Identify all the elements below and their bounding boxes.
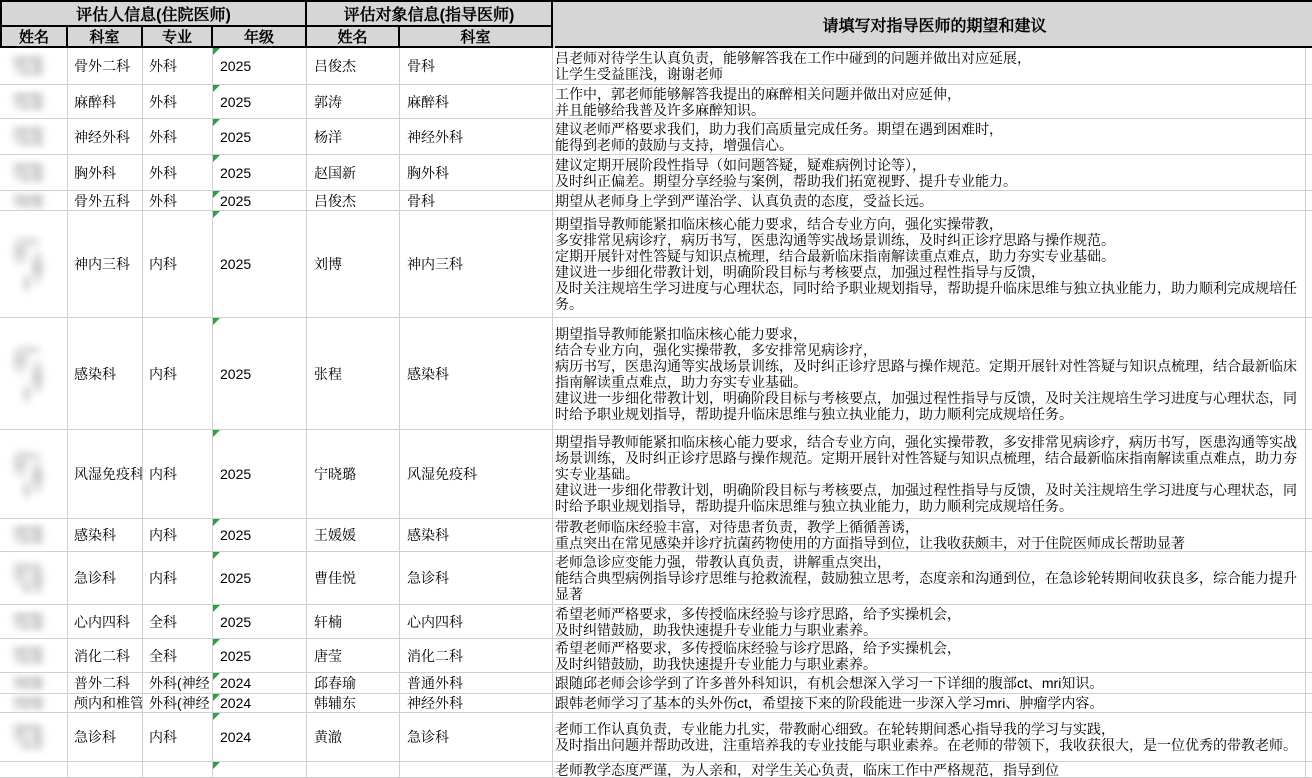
mentor-name-text: 吕俊杰	[314, 58, 356, 74]
cell-grade[interactable]: 2025	[213, 155, 307, 191]
error-indicator-icon	[213, 639, 220, 646]
cell-grade[interactable]: 2025	[213, 639, 307, 673]
error-indicator-icon	[213, 605, 220, 612]
cell-comment[interactable]: 吕老师对待学生认真负责，能够解答我在工作中碰到的问题并做出对应延展， 让学生受益…	[553, 48, 1312, 85]
cell-resident-dept[interactable]: 心内四科	[68, 605, 143, 639]
cell-specialty[interactable]: 内科	[143, 318, 213, 430]
cell-specialty[interactable]: 内科	[143, 430, 213, 519]
cell-resident-name[interactable]	[0, 605, 68, 639]
cell-mentor-name[interactable]: 宁晓璐	[307, 430, 400, 519]
mentor-dept-text: 急诊科	[407, 729, 449, 745]
cell-resident-name[interactable]	[0, 155, 68, 191]
comment-text: 带教老师临床经验丰富，对待患者负责，教学上循循善诱， 重点突出在常见感染并诊疗抗…	[555, 519, 1310, 551]
redacted-name	[4, 646, 58, 666]
cell-mentor-name[interactable]: 郭涛	[307, 85, 400, 119]
comment-text: 希望老师严格要求，多传授临床经验与诊疗思路，给予实操机会， 及时纠错鼓励，助我快…	[555, 606, 1310, 638]
error-indicator-icon	[213, 191, 220, 198]
cell-resident-dept[interactable]: 普外二科	[68, 673, 143, 694]
header-mentor-name[interactable]: 姓名	[307, 27, 400, 48]
cell-resident-name[interactable]	[0, 762, 68, 778]
cell-comment[interactable]: 老师急诊应变能力强，带教认真负责，讲解重点突出， 能结合典型病例指导诊疗思维与抢…	[553, 552, 1312, 605]
specialty-text: 外科(神经	[149, 695, 210, 711]
redacted-name	[4, 92, 58, 112]
table-row: 神经外科 外科 2025 杨洋 神经外科 建议老师严格要求我们，助力我们高质量完…	[0, 119, 1312, 155]
grade-text: 2024	[220, 675, 251, 691]
error-indicator-icon	[213, 552, 220, 559]
mentor-name-text: 黄澈	[314, 729, 342, 745]
header-resident-dept[interactable]: 科室	[68, 27, 143, 48]
cell-mentor-dept[interactable]: 麻醉科	[400, 85, 553, 119]
cell-specialty[interactable]: 全科	[143, 639, 213, 673]
redacted-name	[4, 126, 58, 147]
cell-grade[interactable]: 2025	[213, 191, 307, 211]
error-indicator-icon	[213, 694, 220, 701]
comment-text: 期望指导教师能紧扣临床核心能力要求， 结合专业方向，强化实操带教，多安排常见病诊…	[555, 326, 1310, 422]
grade-text: 2025	[220, 648, 251, 664]
cell-mentor-name[interactable]: 邱春瑜	[307, 673, 400, 694]
cell-grade[interactable]: 2025	[213, 519, 307, 552]
grade-text: 2025	[220, 165, 251, 181]
cell-mentor-dept[interactable]: 急诊科	[400, 552, 553, 605]
cell-resident-dept[interactable]: 感染科	[68, 519, 143, 552]
table-body: 骨外二科 外科 2025 吕俊杰 骨科 吕老师对待学生认真负责，能够解答我在工作…	[0, 48, 1312, 778]
cell-mentor-dept[interactable]: 胸外科	[400, 155, 553, 191]
comment-text: 希望老师严格要求，多传授临床经验与诊疗思路，给予实操机会， 及时纠错鼓励，助我快…	[555, 640, 1310, 672]
cell-specialty[interactable]	[143, 762, 213, 778]
cell-resident-name[interactable]	[0, 119, 68, 155]
comment-text: 老师急诊应变能力强，带教认真负责，讲解重点突出， 能结合典型病例指导诊疗思维与抢…	[555, 554, 1310, 602]
cell-mentor-dept[interactable]: 神经外科	[400, 694, 553, 713]
cell-mentor-name[interactable]: 杨洋	[307, 119, 400, 155]
cell-resident-name[interactable]	[0, 694, 68, 713]
cell-mentor-dept[interactable]: 神经外科	[400, 119, 553, 155]
cell-grade[interactable]: 2025	[213, 605, 307, 639]
table-row: 风湿免疫科 内科 2025 宁晓璐 风湿免疫科 期望指导教师能紧扣临床核心能力要…	[0, 430, 1312, 519]
mentor-dept-text: 神内三科	[407, 256, 463, 272]
redacted-name	[4, 562, 58, 593]
cell-grade[interactable]: 2025	[213, 211, 307, 318]
cell-grade[interactable]: 2025	[213, 430, 307, 519]
cell-resident-dept[interactable]: 骨外二科	[68, 48, 143, 85]
cell-mentor-name[interactable]: 吕俊杰	[307, 48, 400, 85]
cell-resident-name[interactable]	[0, 430, 68, 519]
mentor-name-text: 吕俊杰	[314, 193, 356, 209]
cell-specialty[interactable]: 全科	[143, 605, 213, 639]
cell-mentor-name[interactable]: 曹佳悦	[307, 552, 400, 605]
cell-grade[interactable]: 2025	[213, 85, 307, 119]
cell-mentor-name[interactable]: 黄澈	[307, 713, 400, 762]
mentor-dept-text: 骨科	[407, 193, 435, 209]
cell-resident-name[interactable]	[0, 673, 68, 694]
cell-resident-name[interactable]	[0, 552, 68, 605]
error-indicator-icon	[213, 519, 220, 526]
table-row: 麻醉科 外科 2025 郭涛 麻醉科 工作中，郭老师能够解答我提出的麻醉相关问题…	[0, 85, 1312, 119]
redacted-name	[4, 676, 58, 690]
cell-resident-dept[interactable]: 感染科	[68, 318, 143, 430]
mentor-name-text: 轩楠	[314, 614, 342, 630]
cell-resident-dept[interactable]: 风湿免疫科	[68, 430, 143, 519]
mentor-name-text: 王媛媛	[314, 527, 356, 543]
header-comment[interactable]: 请填写对指导医师的期望和建议	[555, 2, 1312, 48]
mentor-dept-text: 普通外科	[407, 675, 463, 691]
resident-dept-text: 麻醉科	[74, 94, 116, 110]
cell-comment[interactable]: 跟随邱老师会诊学到了许多普外科知识，有机会想深入学习一下详细的腹部ct、mri知…	[553, 673, 1312, 694]
specialty-text: 内科	[149, 729, 177, 745]
redacted-name	[4, 612, 58, 632]
grade-text: 2025	[220, 193, 251, 209]
redacted-name	[4, 55, 58, 77]
mentor-name-text: 宁晓璐	[314, 466, 356, 482]
comment-text: 吕老师对待学生认真负责，能够解答我在工作中碰到的问题并做出对应延展， 让学生受益…	[555, 50, 1310, 82]
cell-mentor-name[interactable]: 唐莹	[307, 639, 400, 673]
table-row: 急诊科 内科 2025 曹佳悦 急诊科 老师急诊应变能力强，带教认真负责，讲解重…	[0, 552, 1312, 605]
comment-text: 跟随邱老师会诊学到了许多普外科知识，有机会想深入学习一下详细的腹部ct、mri知…	[555, 675, 1310, 691]
specialty-text: 内科	[149, 466, 177, 482]
cell-specialty[interactable]: 内科	[143, 713, 213, 762]
cell-mentor-name[interactable]: 张程	[307, 318, 400, 430]
mentor-dept-text: 消化二科	[407, 648, 463, 664]
mentor-name-text: 曹佳悦	[314, 570, 356, 586]
cell-mentor-name[interactable]: 轩楠	[307, 605, 400, 639]
mentor-dept-text: 神经外科	[407, 695, 463, 711]
mentor-name-text: 赵国新	[314, 165, 356, 181]
resident-dept-text: 骨外二科	[74, 58, 130, 74]
resident-dept-text: 急诊科	[74, 729, 116, 745]
table-row: 颅内和椎管 外科(神经 2024 韩辅东 神经外科 跟韩老师学习了基本的头外伤c…	[0, 694, 1312, 713]
resident-dept-text: 颅内和椎管	[74, 695, 143, 711]
comment-text: 老师工作认真负责，专业能力扎实，带教耐心细致。在轮转期间悉心指导我的学习与实践，…	[555, 721, 1310, 753]
specialty-text: 内科	[149, 366, 177, 382]
cell-grade[interactable]: 2024	[213, 694, 307, 713]
cell-mentor-dept[interactable]: 急诊科	[400, 713, 553, 762]
table-row: 急诊科 内科 2024 黄澈 急诊科 老师工作认真负责，专业能力扎实，带教耐心细…	[0, 713, 1312, 762]
cell-comment[interactable]: 带教老师临床经验丰富，对待患者负责，教学上循循善诱， 重点突出在常见感染并诊疗抗…	[553, 519, 1312, 552]
cell-resident-dept[interactable]	[68, 762, 143, 778]
cell-grade[interactable]: 2025	[213, 48, 307, 85]
grade-text: 2025	[220, 527, 251, 543]
mentor-name-text: 刘博	[314, 256, 342, 272]
cell-grade[interactable]	[213, 762, 307, 778]
specialty-text: 内科	[149, 256, 177, 272]
cell-resident-dept[interactable]: 急诊科	[68, 552, 143, 605]
mentor-name-text: 郭涛	[314, 94, 342, 110]
table-row: 胸外科 外科 2025 赵国新 胸外科 建议定期开展阶段性指导（如问题答疑，疑难…	[0, 155, 1312, 191]
cell-comment[interactable]: 建议定期开展阶段性指导（如问题答疑，疑难病例讨论等）， 及时纠正偏差。期望分享经…	[553, 155, 1312, 191]
cell-resident-dept[interactable]: 神经外科	[68, 119, 143, 155]
specialty-text: 外科	[149, 129, 177, 145]
resident-dept-text: 骨外五科	[74, 193, 130, 209]
redacted-name	[4, 340, 58, 407]
mentor-dept-text: 心内四科	[407, 614, 463, 630]
resident-dept-text: 风湿免疫科	[74, 466, 143, 482]
resident-dept-text: 急诊科	[74, 570, 116, 586]
cell-resident-dept[interactable]: 骨外五科	[68, 191, 143, 211]
specialty-text: 外科	[149, 165, 177, 181]
cell-comment[interactable]: 期望指导教师能紧扣临床核心能力要求， 结合专业方向，强化实操带教，多安排常见病诊…	[553, 318, 1312, 430]
cell-comment[interactable]: 老师工作认真负责，专业能力扎实，带教耐心细致。在轮转期间悉心指导我的学习与实践，…	[553, 713, 1312, 762]
comment-text: 期望指导教师能紧扣临床核心能力要求，结合专业方向，强化实操带教， 多安排常见病诊…	[555, 216, 1310, 312]
grade-text: 2025	[220, 58, 251, 74]
redacted-name	[4, 162, 58, 183]
error-indicator-icon	[213, 48, 220, 55]
error-indicator-icon	[213, 762, 220, 769]
specialty-text: 外科	[149, 58, 177, 74]
cell-resident-name[interactable]	[0, 211, 68, 318]
mentor-dept-text: 感染科	[407, 527, 449, 543]
redacted-name	[4, 696, 58, 710]
cell-mentor-name[interactable]: 吕俊杰	[307, 191, 400, 211]
cell-grade[interactable]: 2024	[213, 713, 307, 762]
comment-text: 期望从老师身上学到严谨治学、认真负责的态度，受益长远。	[555, 193, 1310, 209]
cell-specialty[interactable]: 外科	[143, 191, 213, 211]
table-row: 神内三科 内科 2025 刘博 神内三科 期望指导教师能紧扣临床核心能力要求，结…	[0, 211, 1312, 318]
table-row: 普外二科 外科(神经 2024 邱春瑜 普通外科 跟随邱老师会诊学到了许多普外科…	[0, 673, 1312, 694]
mentor-dept-text: 骨科	[407, 58, 435, 74]
specialty-text: 外科(神经	[149, 675, 210, 691]
mentor-dept-text: 感染科	[407, 366, 449, 382]
comment-text: 老师教学态度严谨，为人亲和，对学生关心负责，临床工作中严格规范，指导到位	[555, 762, 1310, 778]
header-mentor-dept[interactable]: 科室	[400, 27, 553, 48]
header-group-target[interactable]: 评估对象信息(指导医师)	[307, 2, 553, 27]
grade-text: 2025	[220, 614, 251, 630]
cell-resident-dept[interactable]: 神内三科	[68, 211, 143, 318]
mentor-name-text: 唐莹	[314, 648, 342, 664]
cell-comment[interactable]: 跟韩老师学习了基本的头外伤ct，希望接下来的阶段能进一步深入学习mri、肿瘤学内…	[553, 694, 1312, 713]
cell-resident-dept[interactable]: 颅内和椎管	[68, 694, 143, 713]
cell-specialty[interactable]: 内科	[143, 552, 213, 605]
cell-resident-name[interactable]	[0, 639, 68, 673]
cell-comment[interactable]: 期望指导教师能紧扣临床核心能力要求，结合专业方向，强化实操带教， 多安排常见病诊…	[553, 211, 1312, 318]
mentor-name-text: 邱春瑜	[314, 675, 356, 691]
comment-text: 建议老师严格要求我们，助力我们高质量完成任务。期望在遇到困难时， 能得到老师的鼓…	[555, 121, 1310, 153]
mentor-name-text: 张程	[314, 366, 342, 382]
grid-vertical-line	[1305, 48, 1306, 778]
mentor-name-text: 韩辅东	[314, 695, 356, 711]
redacted-name	[4, 448, 58, 501]
cell-specialty[interactable]: 外科	[143, 48, 213, 85]
header-grade[interactable]: 年级	[213, 27, 307, 48]
cell-resident-name[interactable]	[0, 519, 68, 552]
resident-dept-text: 胸外科	[74, 165, 116, 181]
error-indicator-icon	[213, 155, 220, 162]
cell-comment[interactable]: 期望从老师身上学到严谨治学、认真负责的态度，受益长远。	[553, 191, 1312, 211]
resident-dept-text: 神内三科	[74, 256, 130, 272]
specialty-text: 外科	[149, 94, 177, 110]
cell-mentor-dept[interactable]: 感染科	[400, 318, 553, 430]
cell-grade[interactable]: 2025	[213, 119, 307, 155]
error-indicator-icon	[213, 211, 220, 218]
grade-text: 2025	[220, 94, 251, 110]
grade-text: 2025	[220, 256, 251, 272]
cell-mentor-dept[interactable]: 骨科	[400, 191, 553, 211]
cell-comment[interactable]: 希望老师严格要求，多传授临床经验与诊疗思路，给予实操机会， 及时纠错鼓励，助我快…	[553, 639, 1312, 673]
grade-text: 2025	[220, 366, 251, 382]
error-indicator-icon	[213, 430, 220, 437]
error-indicator-icon	[213, 673, 220, 680]
error-indicator-icon	[213, 713, 220, 720]
grade-text: 2025	[220, 129, 251, 145]
cell-mentor-name[interactable]: 赵国新	[307, 155, 400, 191]
mentor-dept-text: 风湿免疫科	[407, 466, 477, 482]
cell-mentor-dept[interactable]: 消化二科	[400, 639, 553, 673]
cell-resident-name[interactable]	[0, 85, 68, 119]
cell-mentor-name[interactable]: 王媛媛	[307, 519, 400, 552]
cell-mentor-dept[interactable]: 风湿免疫科	[400, 430, 553, 519]
cell-comment[interactable]: 期望指导教师能紧扣临床核心能力要求，结合专业方向，强化实操带教，多安排常见病诊疗…	[553, 430, 1312, 519]
redacted-name	[4, 194, 58, 208]
cell-comment[interactable]: 工作中，郭老师能够解答我提出的麻醉相关问题并做出对应延伸， 并且能够给我普及许多…	[553, 85, 1312, 119]
cell-comment[interactable]: 希望老师严格要求，多传授临床经验与诊疗思路，给予实操机会， 及时纠错鼓励，助我快…	[553, 605, 1312, 639]
cell-specialty[interactable]: 外科	[143, 155, 213, 191]
cell-grade[interactable]: 2025	[213, 552, 307, 605]
cell-specialty[interactable]: 内科	[143, 519, 213, 552]
resident-dept-text: 感染科	[74, 366, 116, 382]
cell-specialty[interactable]: 外科	[143, 119, 213, 155]
table-row: 感染科 内科 2025 王媛媛 感染科 带教老师临床经验丰富，对待患者负责，教学…	[0, 519, 1312, 552]
cell-mentor-name[interactable]	[307, 762, 400, 778]
cell-mentor-dept[interactable]: 普通外科	[400, 673, 553, 694]
cell-resident-dept[interactable]: 胸外科	[68, 155, 143, 191]
mentor-name-text: 杨洋	[314, 129, 342, 145]
grade-text: 2024	[220, 695, 251, 711]
header-group-evaluator[interactable]: 评估人信息(住院医师)	[2, 2, 307, 27]
cell-grade[interactable]: 2025	[213, 318, 307, 430]
specialty-text: 内科	[149, 570, 177, 586]
comment-text: 期望指导教师能紧扣临床核心能力要求，结合专业方向，强化实操带教，多安排常见病诊疗…	[555, 434, 1310, 514]
cell-specialty[interactable]: 外科(神经	[143, 694, 213, 713]
spreadsheet: 评估人信息(住院医师) 评估对象信息(指导医师) 姓名 科室 专业 年级 姓名 …	[0, 0, 1312, 778]
redacted-name	[4, 525, 58, 544]
specialty-text: 外科	[149, 193, 177, 209]
cell-mentor-dept[interactable]: 神内三科	[400, 211, 553, 318]
grade-text: 2025	[220, 570, 251, 586]
resident-dept-text: 普外二科	[74, 675, 130, 691]
cell-grade[interactable]: 2024	[213, 673, 307, 694]
cell-resident-dept[interactable]: 麻醉科	[68, 85, 143, 119]
table-row: 骨外二科 外科 2025 吕俊杰 骨科 吕老师对待学生认真负责，能够解答我在工作…	[0, 48, 1312, 85]
header-resident-name[interactable]: 姓名	[2, 27, 68, 48]
cell-comment[interactable]: 老师教学态度严谨，为人亲和，对学生关心负责，临床工作中严格规范，指导到位	[553, 762, 1312, 778]
error-indicator-icon	[213, 318, 220, 325]
cell-specialty[interactable]: 外科	[143, 85, 213, 119]
cell-resident-dept[interactable]: 急诊科	[68, 713, 143, 762]
grade-text: 2025	[220, 466, 251, 482]
redacted-name	[4, 232, 58, 296]
resident-dept-text: 神经外科	[74, 129, 130, 145]
cell-mentor-dept[interactable]: 心内四科	[400, 605, 553, 639]
mentor-dept-text: 麻醉科	[407, 94, 449, 110]
cell-comment[interactable]: 建议老师严格要求我们，助力我们高质量完成任务。期望在遇到困难时， 能得到老师的鼓…	[553, 119, 1312, 155]
header-specialty[interactable]: 专业	[143, 27, 213, 48]
error-indicator-icon	[213, 119, 220, 126]
table-row: 消化二科 全科 2025 唐莹 消化二科 希望老师严格要求，多传授临床经验与诊疗…	[0, 639, 1312, 673]
cell-mentor-name[interactable]: 刘博	[307, 211, 400, 318]
mentor-dept-text: 急诊科	[407, 570, 449, 586]
cell-mentor-name[interactable]: 韩辅东	[307, 694, 400, 713]
cell-specialty[interactable]: 外科(神经	[143, 673, 213, 694]
error-indicator-icon	[213, 85, 220, 92]
cell-mentor-dept[interactable]	[400, 762, 553, 778]
grade-text: 2024	[220, 729, 251, 745]
resident-dept-text: 感染科	[74, 527, 116, 543]
redacted-name	[4, 723, 58, 752]
mentor-dept-text: 神经外科	[407, 129, 463, 145]
specialty-text: 全科	[149, 614, 177, 630]
table-header: 评估人信息(住院医师) 评估对象信息(指导医师) 姓名 科室 专业 年级 姓名 …	[0, 0, 1312, 48]
cell-resident-name[interactable]	[0, 48, 68, 85]
comment-text: 跟韩老师学习了基本的头外伤ct，希望接下来的阶段能进一步深入学习mri、肿瘤学内…	[555, 695, 1310, 711]
table-row: 心内四科 全科 2025 轩楠 心内四科 希望老师严格要求，多传授临床经验与诊疗…	[0, 605, 1312, 639]
table-row: 骨外五科 外科 2025 吕俊杰 骨科 期望从老师身上学到严谨治学、认真负责的态…	[0, 191, 1312, 211]
table-row: 感染科 内科 2025 张程 感染科 期望指导教师能紧扣临床核心能力要求， 结合…	[0, 318, 1312, 430]
cell-resident-name[interactable]	[0, 713, 68, 762]
cell-resident-name[interactable]	[0, 318, 68, 430]
cell-resident-dept[interactable]: 消化二科	[68, 639, 143, 673]
specialty-text: 全科	[149, 648, 177, 664]
specialty-text: 内科	[149, 527, 177, 543]
comment-text: 工作中，郭老师能够解答我提出的麻醉相关问题并做出对应延伸， 并且能够给我普及许多…	[555, 86, 1310, 118]
cell-resident-name[interactable]	[0, 191, 68, 211]
resident-dept-text: 消化二科	[74, 648, 130, 664]
cell-mentor-dept[interactable]: 感染科	[400, 519, 553, 552]
table-row: 老师教学态度严谨，为人亲和，对学生关心负责，临床工作中严格规范，指导到位	[0, 762, 1312, 778]
cell-mentor-dept[interactable]: 骨科	[400, 48, 553, 85]
resident-dept-text: 心内四科	[74, 614, 130, 630]
mentor-dept-text: 胸外科	[407, 165, 449, 181]
cell-specialty[interactable]: 内科	[143, 211, 213, 318]
comment-text: 建议定期开展阶段性指导（如问题答疑，疑难病例讨论等）， 及时纠正偏差。期望分享经…	[555, 157, 1310, 189]
